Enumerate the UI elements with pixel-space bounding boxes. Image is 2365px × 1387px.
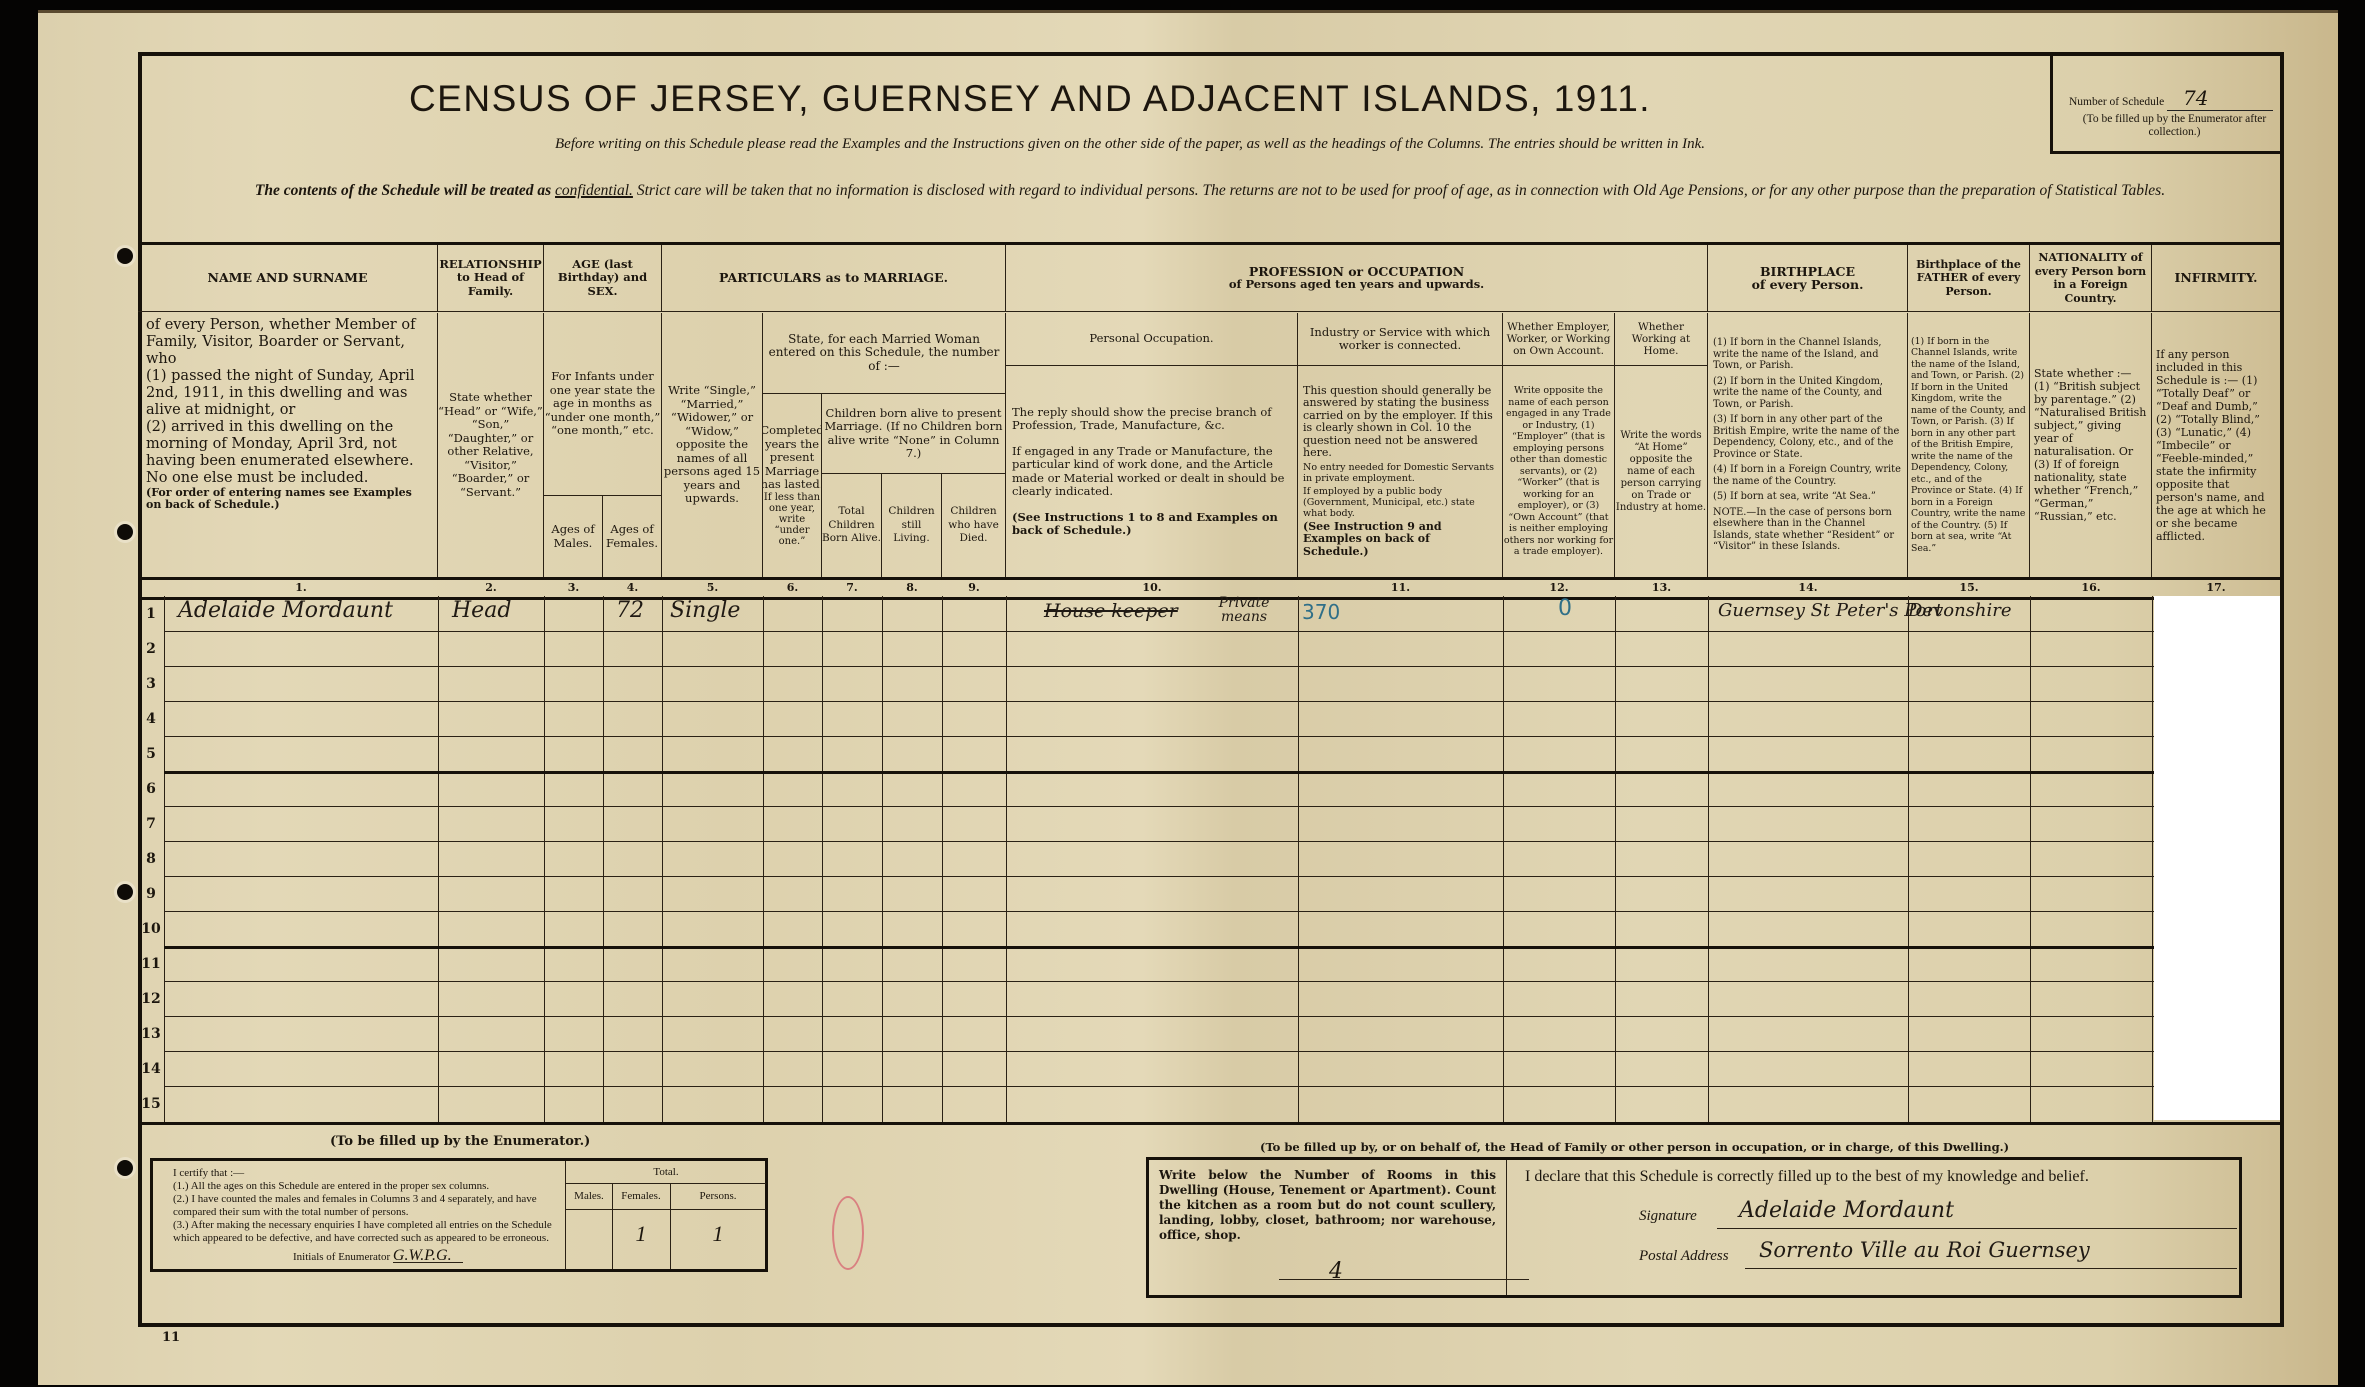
col-number-8: 8. xyxy=(882,581,942,594)
males-total[interactable] xyxy=(566,1209,613,1269)
row-number: 7 xyxy=(138,816,164,832)
page-number: 11 xyxy=(162,1330,180,1345)
entry-rows: 1 2 3 4 5 6 7 8 9 10 11 12 13 14 15 Adel… xyxy=(138,596,2284,1122)
row-number: 6 xyxy=(138,781,164,797)
col-14-description: (1) If born in the Channel Islands, writ… xyxy=(1708,313,1908,577)
col-number-5: 5. xyxy=(662,581,763,594)
col-8-description: Children still Living. xyxy=(882,473,942,577)
signature-label: Signature xyxy=(1639,1208,1697,1225)
col-17-description: If any person included in this Schedule … xyxy=(2152,313,2280,577)
industry-code[interactable]: 370 xyxy=(1302,600,1340,624)
col-number-17: 17. xyxy=(2152,581,2280,594)
row-number: 1 xyxy=(138,606,164,622)
schedule-number-value[interactable]: 74 xyxy=(2167,86,2273,111)
col-10-description: The reply should show the precise branch… xyxy=(1006,365,1298,577)
col-13-description: Write the words “At Home” opposite the n… xyxy=(1615,365,1708,577)
col-number-4: 4. xyxy=(603,581,662,594)
punch-hole xyxy=(117,524,133,540)
married-woman-note: State, for each Married Woman entered on… xyxy=(763,313,1006,393)
totals-table: Total. Males. Females. Persons. 1 1 xyxy=(565,1161,766,1269)
col-16-title: NATIONALITY of every Person born in a Fo… xyxy=(2030,245,2152,311)
father-birthplace[interactable]: Devonshire xyxy=(1908,600,2012,621)
divider xyxy=(138,311,2280,312)
enumerator-heading: (To be filled up by the Enumerator.) xyxy=(330,1134,590,1149)
col-number-11: 11. xyxy=(1298,581,1503,594)
marital-status[interactable]: Single xyxy=(670,598,740,623)
dwelling-heading: (To be filled up by, or on behalf of, th… xyxy=(1260,1140,2009,1154)
col-number-14: 14. xyxy=(1708,581,1908,594)
punch-hole xyxy=(117,1160,133,1176)
enumerator-certificate: I certify that :— (1.) All the ages on t… xyxy=(150,1158,768,1272)
employer-code[interactable]: 0 xyxy=(1558,596,1572,621)
females-total[interactable]: 1 xyxy=(612,1209,671,1269)
page-title: CENSUS OF JERSEY, GUERNSEY AND ADJACENT … xyxy=(380,78,1680,120)
col-number-3: 3. xyxy=(544,581,603,594)
males-label: Males. xyxy=(566,1183,613,1210)
occupation[interactable]: Private means xyxy=(1198,596,1290,624)
row-number: 14 xyxy=(138,1061,164,1077)
col-2-title: RELATIONSHIP to Head of Family. xyxy=(438,245,544,311)
col-13-title: Whether Working at Home. xyxy=(1615,313,1708,365)
age-title: AGE (last Birthday) and SEX. xyxy=(544,245,662,311)
col-6-description: Completed years the present Marriage has… xyxy=(763,393,822,577)
col-3-title: Ages of Males. xyxy=(544,495,603,577)
col-number-12: 12. xyxy=(1503,581,1615,594)
females-label: Females. xyxy=(612,1183,671,1210)
row-number: 11 xyxy=(138,956,164,972)
punch-hole xyxy=(117,248,133,264)
certification-text: I certify that :— (1.) All the ages on t… xyxy=(173,1167,563,1264)
col-5-description: Write “Single,” “Married,” “Widower,” or… xyxy=(662,313,763,577)
profession-title: PROFESSION or OCCUPATION of Persons aged… xyxy=(1006,245,1708,311)
dwelling-declaration-box: Write below the Number of Rooms in this … xyxy=(1146,1157,2242,1298)
enumerator-initials[interactable]: G.W.P.G. xyxy=(393,1249,463,1263)
rooms-instruction: Write below the Number of Rooms in this … xyxy=(1159,1168,1496,1243)
col-number-9: 9. xyxy=(942,581,1006,594)
col-11-description: This question should generally be answer… xyxy=(1298,365,1503,577)
children-note: Children born alive to present Marriage.… xyxy=(822,393,1006,473)
occupation-struck: House keeper xyxy=(1044,600,1178,622)
col-10-title: Personal Occupation. xyxy=(1006,313,1298,365)
schedule-number-note: (To be filled up by the Enumerator after… xyxy=(2069,113,2280,139)
col-17-title: INFIRMITY. xyxy=(2152,245,2280,311)
rooms-count[interactable]: 4 xyxy=(1279,1264,1529,1280)
col-number-15: 15. xyxy=(1908,581,2030,594)
postal-address-value[interactable]: Sorrento Ville au Roi Guernsey xyxy=(1759,1238,2090,1262)
col-number-16: 16. xyxy=(2030,581,2152,594)
col-number-6: 6. xyxy=(763,581,822,594)
col-number-7: 7. xyxy=(822,581,882,594)
total-label: Total. xyxy=(566,1161,766,1184)
col-12-title: Whether Employer, Worker, or Working on … xyxy=(1503,313,1615,365)
relationship[interactable]: Head xyxy=(452,598,511,623)
col-number-2: 2. xyxy=(438,581,544,594)
row-number: 10 xyxy=(138,921,164,937)
col-2-description: State whether “Head” or “Wife,” “Son,” “… xyxy=(438,313,544,577)
row-number: 13 xyxy=(138,1026,164,1042)
row-number: 12 xyxy=(138,991,164,1007)
signature-value[interactable]: Adelaide Mordaunt xyxy=(1739,1198,1954,1223)
row-number: 9 xyxy=(138,886,164,902)
row-number: 4 xyxy=(138,711,164,727)
person-name[interactable]: Adelaide Mordaunt xyxy=(178,598,393,623)
col-number-10: 10. xyxy=(1006,581,1298,594)
schedule-number-label: Number of Schedule xyxy=(2069,96,2164,108)
confidentiality-notice: The contents of the Schedule will be tre… xyxy=(150,180,2270,202)
divider xyxy=(138,577,2280,580)
instructions-line: Before writing on this Schedule please r… xyxy=(300,136,1960,153)
col-1-description: of every Person, whether Member of Famil… xyxy=(138,313,438,577)
col-15-description: (1) If born in the Channel Islands, writ… xyxy=(1908,313,2030,577)
persons-total[interactable]: 1 xyxy=(670,1209,766,1269)
col-14-title: BIRTHPLACEof every Person. xyxy=(1708,245,1908,311)
col-16-description: State whether :— (1) “British subject by… xyxy=(2030,313,2152,577)
red-pencil-mark xyxy=(832,1196,864,1270)
col-9-description: Children who have Died. xyxy=(942,473,1006,577)
age-female[interactable]: 72 xyxy=(616,598,644,623)
persons-label: Persons. xyxy=(670,1183,766,1210)
col-number-1: 1. xyxy=(164,581,438,594)
col-12-description: Write opposite the name of each person e… xyxy=(1503,365,1615,577)
declaration-text: I declare that this Schedule is correctl… xyxy=(1525,1168,2089,1186)
col-number-13: 13. xyxy=(1615,581,1708,594)
age-description: For Infants under one year state the age… xyxy=(544,313,662,495)
row-number: 2 xyxy=(138,641,164,657)
row-number: 5 xyxy=(138,746,164,762)
col-4-title: Ages of Females. xyxy=(603,495,662,577)
redacted-infirmity-column xyxy=(2154,596,2280,1120)
postal-address-label: Postal Address xyxy=(1639,1248,1729,1265)
col-15-title: Birthplace of the FATHER of every Person… xyxy=(1908,245,2030,311)
marriage-title: PARTICULARS as to MARRIAGE. xyxy=(662,245,1006,311)
row-number: 3 xyxy=(138,676,164,692)
row-number: 8 xyxy=(138,851,164,867)
row-number: 15 xyxy=(138,1096,164,1112)
rooms-box: Write below the Number of Rooms in this … xyxy=(1149,1160,1507,1295)
schedule-number-box: Number of Schedule 74 (To be filled up b… xyxy=(2050,56,2280,154)
punch-hole xyxy=(117,884,133,900)
col-7-description: Total Children Born Alive. xyxy=(822,473,882,577)
col-11-title: Industry or Service with which worker is… xyxy=(1298,313,1503,365)
col-1-title: NAME AND SURNAME xyxy=(138,245,438,311)
